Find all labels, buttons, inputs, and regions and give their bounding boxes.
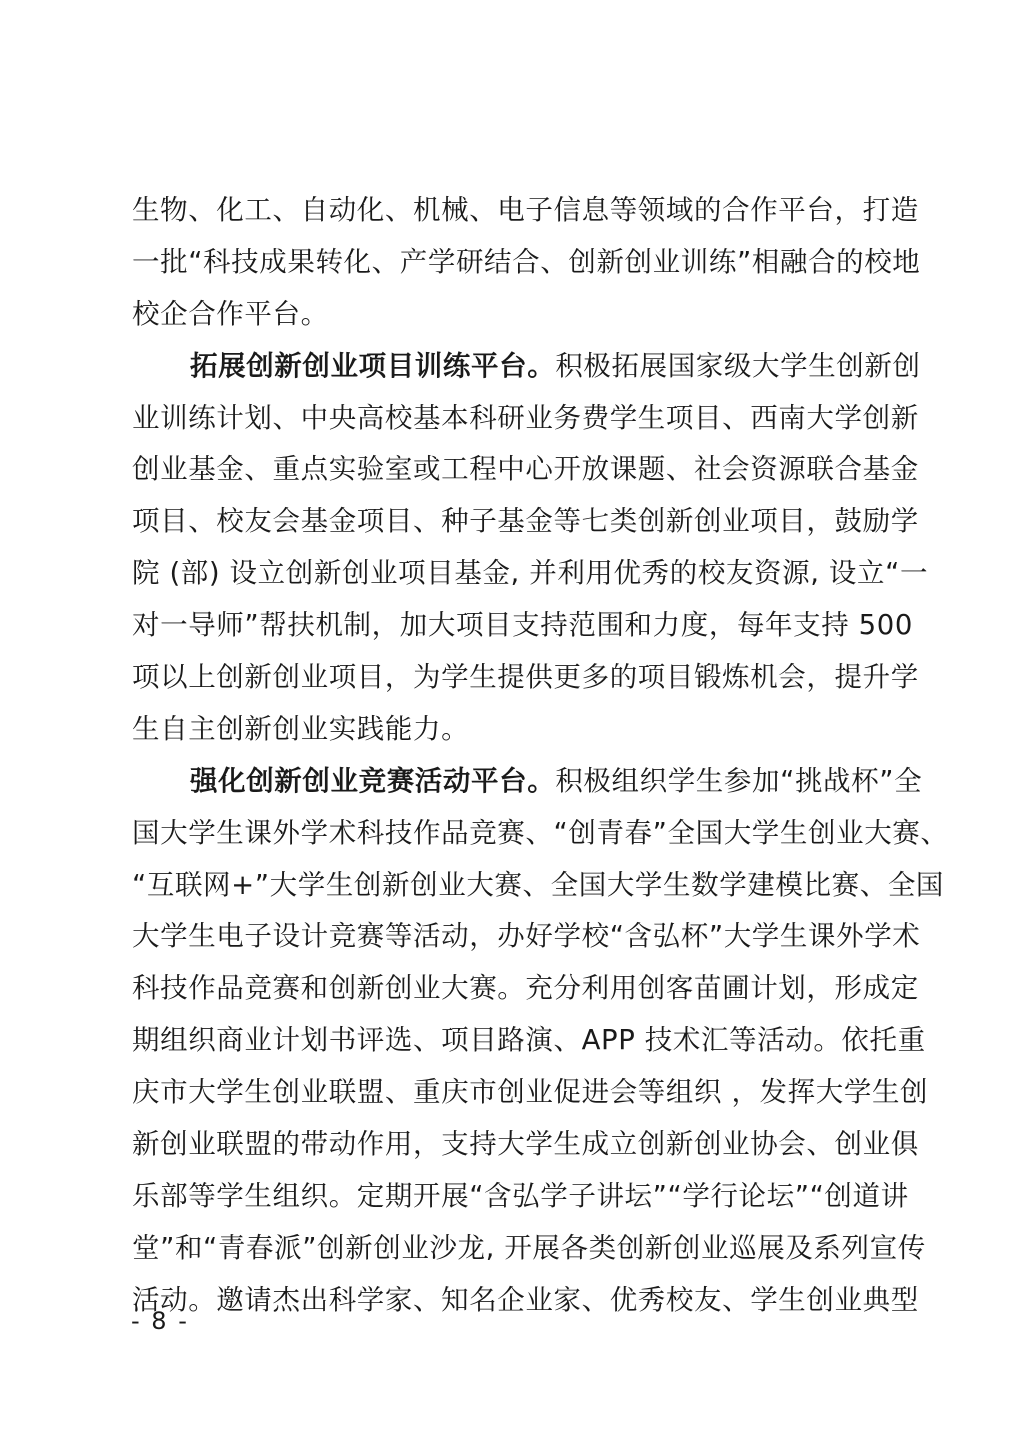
text-line: 业训练计划、中央高校基本科研业务费学生项目、西南大学创新 (132, 393, 894, 445)
document-page: 生物、化工、自动化、机械、电子信息等领域的合作平台，打造 一批“科技成果转化、产… (0, 0, 1024, 1447)
text-line: 堂”和“青春派”创新创业沙龙, 开展各类创新创业巡展及系列宣传 (132, 1223, 894, 1275)
text-line: “互联网+”大学生创新创业大赛、全国大学生数学建模比赛、全国 (132, 860, 894, 912)
text-line: 乐部等学生组织。定期开展“含弘学子讲坛”“学行论坛”“创道讲 (132, 1171, 894, 1223)
document-body: 生物、化工、自动化、机械、电子信息等领域的合作平台，打造 一批“科技成果转化、产… (132, 185, 894, 1327)
text-line: 校企合作平台。 (132, 289, 894, 341)
text-line: 大学生电子设计竞赛等活动，办好学校“含弘杯”大学生课外学术 (132, 911, 894, 963)
text-line: 院 (部) 设立创新创业项目基金, 并利用优秀的校友资源, 设立“一 (132, 548, 894, 600)
text-line: 国大学生课外学术科技作品竞赛、“创青春”全国大学生创业大赛、 (132, 808, 894, 860)
paragraph-heading: 拓展创新创业项目训练平台。 (190, 350, 555, 382)
paragraph-project-training-platform: 拓展创新创业项目训练平台。积极拓展国家级大学生创新创 业训练计划、中央高校基本科… (132, 341, 894, 756)
paragraph-first-line: 拓展创新创业项目训练平台。积极拓展国家级大学生创新创 (132, 341, 894, 393)
text-line: 期组织商业计划书评选、项目路演、APP 技术汇等活动。依托重 (132, 1015, 894, 1067)
text-line: 科技作品竞赛和创新创业大赛。充分利用创客苗圃计划，形成定 (132, 963, 894, 1015)
page-number: - 8 - (131, 1306, 189, 1336)
text-line: 一批“科技成果转化、产学研结合、创新创业训练”相融合的校地 (132, 237, 894, 289)
text-line: 创业基金、重点实验室或工程中心开放课题、社会资源联合基金 (132, 444, 894, 496)
paragraph-heading: 强化创新创业竞赛活动平台。 (190, 765, 555, 797)
paragraph-heading-rest: 积极组织学生参加“挑战杯”全 (555, 765, 922, 797)
text-line: 生物、化工、自动化、机械、电子信息等领域的合作平台，打造 (132, 185, 894, 237)
text-line: 项以上创新创业项目，为学生提供更多的项目锻炼机会，提升学 (132, 652, 894, 704)
paragraph-first-line: 强化创新创业竞赛活动平台。积极组织学生参加“挑战杯”全 (132, 756, 894, 808)
paragraph-competition-platform: 强化创新创业竞赛活动平台。积极组织学生参加“挑战杯”全 国大学生课外学术科技作品… (132, 756, 894, 1327)
paragraph-heading-rest: 积极拓展国家级大学生创新创 (555, 350, 920, 382)
paragraph-cooperation-platform: 生物、化工、自动化、机械、电子信息等领域的合作平台，打造 一批“科技成果转化、产… (132, 185, 894, 341)
text-line: 新创业联盟的带动作用，支持大学生成立创新创业协会、创业俱 (132, 1119, 894, 1171)
text-line: 庆市大学生创业联盟、重庆市创业促进会等组织 ，发挥大学生创 (132, 1067, 894, 1119)
text-line: 活动。邀请杰出科学家、知名企业家、优秀校友、学生创业典型 (132, 1275, 894, 1327)
text-line: 对一导师”帮扶机制，加大项目支持范围和力度，每年支持 500 (132, 600, 894, 652)
text-line: 项目、校友会基金项目、种子基金等七类创新创业项目，鼓励学 (132, 496, 894, 548)
text-line: 生自主创新创业实践能力。 (132, 704, 894, 756)
